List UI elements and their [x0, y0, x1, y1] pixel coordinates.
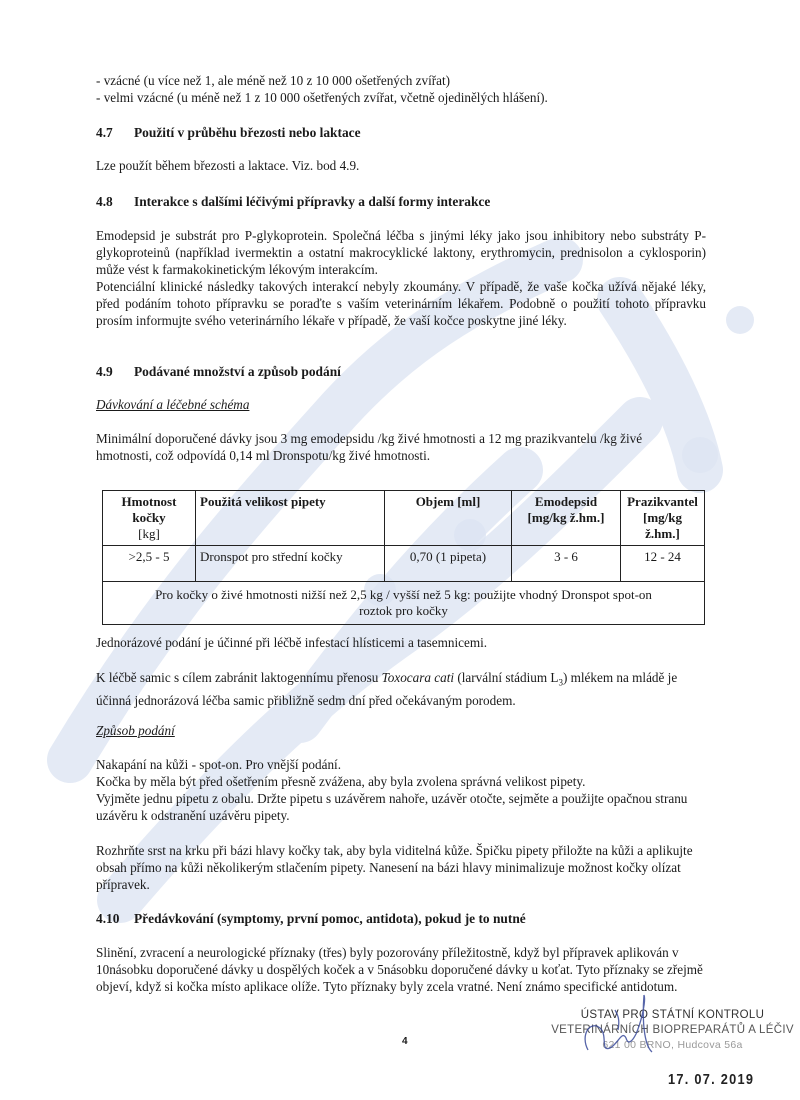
section-4-8-heading: 4.8Interakce s dalšími léčivými přípravk… — [96, 193, 706, 210]
frequency-item-rare: - vzácné (u více než 1, ale méně než 10 … — [96, 72, 706, 89]
header-pipette: Použitá velikost pipety — [196, 491, 385, 546]
section-4-9-heading: 4.9Podávané množství a způsob podání — [96, 363, 706, 380]
method-line: Kočka by měla být před ošetřením přesně … — [96, 773, 696, 790]
header-praziquantel-label: Prazikvantel — [627, 494, 698, 509]
header-volume: Objem [ml] — [385, 491, 512, 546]
section-number: 4.10 — [96, 910, 134, 927]
method-text: Nakapání na kůži - spot-on. Pro vnější p… — [96, 756, 696, 824]
section-4-7-text: Lze použít během březosti a laktace. Viz… — [96, 157, 706, 174]
cell-pipette: Dronspot pro střední kočky — [196, 546, 385, 582]
cell-praziquantel: 12 - 24 — [621, 546, 705, 582]
section-title: Použití v průběhu březosti nebo laktace — [134, 125, 361, 140]
application-text: Rozhrňte srst na krku při bázi hlavy koč… — [96, 842, 706, 893]
stamp-date: 17. 07. 2019 — [668, 1071, 754, 1088]
method-line: Vyjměte jednu pipetu z obalu. Držte pipe… — [96, 790, 696, 824]
header-emodepsid: Emodepsid [mg/kg ž.hm.] — [512, 491, 621, 546]
lactation-text-part: (larvální stádium L — [454, 670, 558, 685]
cell-weight: >2,5 - 5 — [103, 546, 196, 582]
dosing-text: Minimální doporučené dávky jsou 3 mg emo… — [96, 430, 696, 464]
header-weight: Hmotnost kočky [kg] — [103, 491, 196, 546]
table-row: >2,5 - 5 Dronspot pro střední kočky 0,70… — [103, 546, 705, 582]
table-header-row: Hmotnost kočky [kg] Použitá velikost pip… — [103, 491, 705, 546]
section-4-10-heading: 4.10Předávkování (symptomy, první pomoc,… — [96, 910, 706, 927]
stamp-line-2: VETERINÁRNÍCH BIOPREPARÁTŮ A LÉČIV — [545, 1023, 800, 1038]
table-footnote: Pro kočky o živé hmotnosti nižší než 2,5… — [103, 582, 705, 625]
cell-emodepsid: 3 - 6 — [512, 546, 621, 582]
page-number: 4 — [402, 1036, 408, 1047]
stamp-line-3: 621 00 BRNO, Hudcova 56a — [545, 1038, 800, 1053]
species-name: Toxocara cati — [382, 670, 454, 685]
section-number: 4.9 — [96, 363, 134, 380]
section-title: Interakce s dalšími léčivými přípravky a… — [134, 194, 490, 209]
section-title: Podávané množství a způsob podání — [134, 364, 341, 379]
section-4-8-paragraph-2: Potenciální klinické následky takových i… — [96, 278, 706, 329]
section-number: 4.8 — [96, 193, 134, 210]
dosing-table: Hmotnost kočky [kg] Použitá velikost pip… — [102, 490, 705, 625]
lactation-text: K léčbě samic s cílem zabránit laktogenn… — [96, 669, 704, 709]
header-emodepsid-unit: [mg/kg ž.hm.] — [528, 510, 605, 525]
section-number: 4.7 — [96, 124, 134, 141]
table-footnote-row: Pro kočky o živé hmotnosti nižší než 2,5… — [103, 582, 705, 625]
section-4-10-text: Slinění, zvracení a neurologické příznak… — [96, 944, 710, 995]
lactation-text-part: K léčbě samic s cílem zabránit laktogenn… — [96, 670, 382, 685]
stamp-line-1: ÚSTAV PRO STÁTNÍ KONTROLU — [545, 1008, 800, 1023]
header-weight-unit: [kg] — [138, 526, 160, 541]
header-praziquantel: Prazikvantel [mg/kg ž.hm.] — [621, 491, 705, 546]
official-stamp: ÚSTAV PRO STÁTNÍ KONTROLU VETERINÁRNÍCH … — [545, 1008, 800, 1053]
dosing-subheading-wrap: Dávkování a léčebné schéma — [96, 396, 706, 413]
frequency-list: - vzácné (u více než 1, ale méně než 10 … — [96, 72, 706, 106]
method-subheading: Způsob podání — [96, 723, 175, 738]
method-subheading-wrap: Způsob podání — [96, 722, 706, 739]
section-4-8-paragraph-1: Emodepsid je substrát pro P-glykoprotein… — [96, 227, 706, 278]
header-weight-label: Hmotnost kočky — [122, 494, 177, 525]
header-praziquantel-unit: [mg/kg ž.hm.] — [643, 510, 682, 541]
method-line: Nakapání na kůži - spot-on. Pro vnější p… — [96, 756, 696, 773]
section-title: Předávkování (symptomy, první pomoc, ant… — [134, 911, 526, 926]
frequency-item-very-rare: - velmi vzácné (u méně než 1 z 10 000 oš… — [96, 89, 706, 106]
single-dose-text: Jednorázové podání je účinné při léčbě i… — [96, 634, 706, 651]
header-emodepsid-label: Emodepsid — [535, 494, 597, 509]
dosing-subheading: Dávkování a léčebné schéma — [96, 397, 249, 412]
section-4-7-heading: 4.7Použití v průběhu březosti nebo lakta… — [96, 124, 706, 141]
cell-volume: 0,70 (1 pipeta) — [385, 546, 512, 582]
